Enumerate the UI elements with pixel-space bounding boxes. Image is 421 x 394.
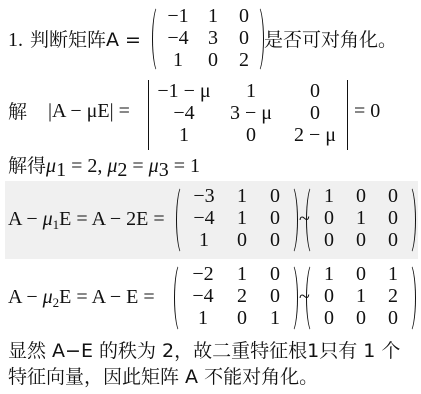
step1-matrix: −3 1 0 −4 1 0 1 0 0	[176, 185, 298, 255]
determinant-right-bar	[347, 80, 348, 150]
matrix-cell: 2	[378, 285, 408, 307]
matrix-cell: 0	[216, 124, 286, 146]
solution-label: 解	[8, 101, 27, 123]
matrix-cell: 2	[224, 285, 260, 307]
matrix-cell: 0	[344, 185, 378, 207]
matrix-cell: 1	[224, 263, 260, 285]
matrix-cell: 1	[260, 307, 290, 329]
determinant-matrix: −1 − μ 1 0 −4 3 − μ 0 1 0 2 − μ	[146, 80, 350, 150]
matrix-cell: 0	[344, 263, 378, 285]
matrix-cell: 0	[378, 185, 408, 207]
matrix-cell: −4	[182, 285, 224, 307]
matrix-cell: 1	[224, 207, 260, 229]
matrix-cell: 1	[378, 263, 408, 285]
matrix-cell: 0	[378, 207, 408, 229]
problem-prompt-prefix: 判断矩阵A =	[30, 29, 141, 51]
matrix-cell: 0	[260, 229, 290, 251]
matrix-cell: 0	[196, 49, 230, 71]
matrix-cell: 1	[314, 185, 344, 207]
matrix-cell: 0	[260, 285, 290, 307]
matrix-cell: −4	[184, 207, 224, 229]
matrix-cell: 0	[224, 307, 260, 329]
matrix-cell: −3	[184, 185, 224, 207]
matrix-cell: 1	[160, 49, 196, 71]
matrix-cell: 0	[378, 229, 408, 251]
matrix-cell: 3	[196, 27, 230, 49]
matrix-cell: 0	[314, 229, 344, 251]
matrix-cell: 0	[378, 307, 408, 329]
matrix-cell: 0	[314, 307, 344, 329]
matrix-cell: 0	[286, 80, 344, 102]
step1-lhs: A − μ1E = A − 2E =	[8, 208, 165, 233]
matrix-cell: 0	[344, 307, 378, 329]
step2-reduced-matrix: 1 0 1 0 1 2 0 0 0	[306, 263, 416, 333]
eigenvalues-line: 解得μ1 = 2, μ2 = μ3 = 1	[8, 155, 200, 181]
matrix-cell: 1	[344, 285, 378, 307]
matrix-cell: 0	[260, 263, 290, 285]
matrix-cell: 1	[184, 229, 224, 251]
matrix-cell: 1	[224, 185, 260, 207]
matrix-cell: 0	[260, 185, 290, 207]
right-paren	[405, 263, 416, 333]
matrix-cell: 3 − μ	[216, 102, 286, 124]
matrix-a: −1 1 0 −4 3 0 1 0 2	[152, 5, 264, 73]
problem-prompt-suffix: 是否可对角化。	[264, 29, 397, 51]
right-paren	[405, 185, 416, 255]
matrix-cell: 0	[260, 207, 290, 229]
matrix-cell: −4	[160, 27, 196, 49]
matrix-cell: 1	[314, 263, 344, 285]
matrix-cell: 1	[196, 5, 230, 27]
matrix-cell: 1	[216, 80, 286, 102]
determinant-lhs: |A − μE| =	[48, 100, 130, 123]
determinant-rhs: = 0	[354, 100, 380, 123]
step2-matrix: −2 1 0 −4 2 0 1 0 1	[174, 263, 298, 333]
step1-reduced-matrix: 1 0 0 0 1 0 0 0 0	[306, 185, 416, 255]
matrix-cell: 0	[286, 102, 344, 124]
right-paren	[253, 5, 264, 73]
matrix-cell: 1	[344, 207, 378, 229]
matrix-cell: −1	[160, 5, 196, 27]
matrix-cell: −2	[182, 263, 224, 285]
matrix-cell: 0	[224, 229, 260, 251]
matrix-cell: 0	[314, 285, 344, 307]
matrix-cell: −1 − μ	[152, 80, 216, 102]
right-paren	[287, 263, 298, 333]
step2-lhs: A − μ2E = A − E =	[8, 286, 155, 311]
conclusion-line-1: 显然 A−E 的秩为 2，故二重特征根1只有 1 个	[8, 340, 400, 362]
problem-number: 1.	[8, 29, 23, 51]
matrix-cell: 0	[314, 207, 344, 229]
conclusion-line-2: 特征向量，因此矩阵 A 不能对角化。	[8, 366, 318, 388]
matrix-cell: −4	[152, 102, 216, 124]
matrix-cell: 2 − μ	[286, 124, 344, 146]
matrix-cell: 0	[344, 229, 378, 251]
determinant-left-bar	[148, 80, 149, 150]
matrix-cell: 1	[182, 307, 224, 329]
matrix-cell: 1	[152, 124, 216, 146]
right-paren	[287, 185, 298, 255]
